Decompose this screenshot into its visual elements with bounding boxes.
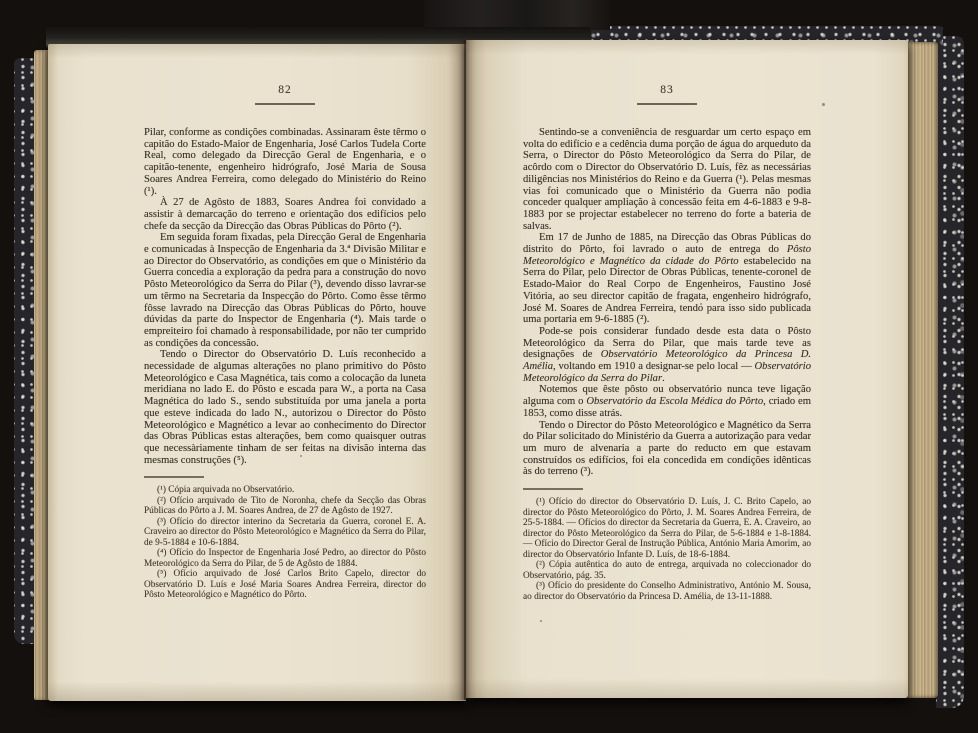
paragraph: Notemos que êste pôsto ou observatório n… [523, 384, 811, 419]
right-footnote-separator [523, 488, 583, 490]
paper-speck [160, 341, 162, 343]
paper-speck [300, 455, 302, 457]
paragraph: Tendo o Director do Pôsto Meteorológico … [523, 420, 811, 479]
footnote: (¹) Cópia arquivada no Observatório. [144, 485, 426, 496]
right-page-text: Sentindo-se a conveniência de resguardar… [523, 127, 811, 478]
page-edges-right [906, 42, 938, 698]
footnote: (³) Ofício do presidente do Conselho Adm… [523, 581, 811, 602]
paragraph: Pilar, conforme as condições combinadas.… [144, 127, 426, 197]
footnote: (⁵) Ofício arquivado de José Carlos Brit… [144, 569, 426, 601]
left-page: 82 Pilar, conforme as condições combinad… [48, 44, 466, 701]
right-page: 83 Sentindo-se a conveniência de resguar… [466, 40, 908, 698]
left-page-number: 82 [144, 84, 426, 97]
footnote: (³) Ofício do director interino da Secre… [144, 517, 426, 549]
paper-speck [700, 303, 702, 305]
open-book-photo: 82 Pilar, conforme as condições combinad… [0, 0, 978, 733]
page-edges-left [34, 50, 49, 700]
left-footnote-separator [144, 476, 204, 478]
right-header-rule [637, 103, 697, 105]
paragraph: Em seguida foram fixadas, pela Direcção … [144, 232, 426, 349]
book-cover-right-edge [936, 36, 964, 708]
right-page-footnotes: (¹) Ofício do director do Observatório D… [523, 497, 811, 602]
left-page-text: Pilar, conforme as condições combinadas.… [144, 127, 426, 466]
paragraph: Em 17 de Junho de 1885, na Direcção das … [523, 232, 811, 326]
left-page-column: 82 Pilar, conforme as condições combinad… [144, 44, 426, 601]
paragraph: Pode-se pois considerar fundado desde es… [523, 326, 811, 385]
left-page-footnotes: (¹) Cópia arquivada no Observatório.(²) … [144, 485, 426, 601]
left-header-rule [255, 103, 315, 105]
paragraph: À 27 de Agôsto de 1883, Soares Andrea fo… [144, 197, 426, 232]
right-page-number: 83 [523, 84, 811, 97]
book-spine-top [424, 0, 610, 30]
footnote: (²) Ofício arquivado de Tito de Noronha,… [144, 496, 426, 517]
footnote: (²) Cópia autêntica do auto de entrega, … [523, 560, 811, 581]
paragraph: Sentindo-se a conveniência de resguardar… [523, 127, 811, 232]
paper-speck [822, 103, 825, 106]
paragraph: Tendo o Director do Observatório D. Luís… [144, 349, 426, 466]
footnote: (⁴) Ofício do Inspector de Engenharia Jo… [144, 548, 426, 569]
right-page-column: 83 Sentindo-se a conveniência de resguar… [523, 40, 811, 602]
paper-speck [540, 620, 542, 622]
footnote: (¹) Ofício do director do Observatório D… [523, 497, 811, 560]
